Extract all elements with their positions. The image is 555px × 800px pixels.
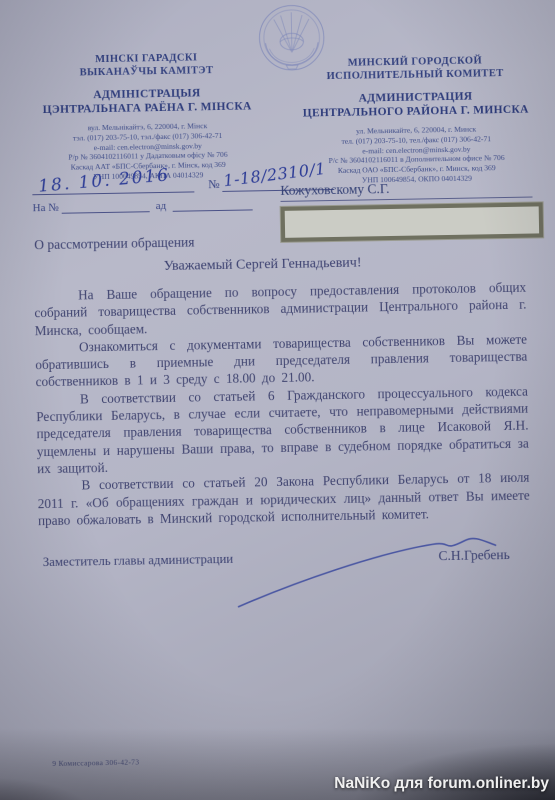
org-name-ru: МИНСКИЙ ГОРОДСКОЙ ИСПОЛНИТЕЛЬНЫЙ КОМИТЕТ: [289, 53, 542, 83]
subject-line: О рассмотрении обращения: [34, 234, 194, 253]
dept-line-2: ЦЕНТРАЛЬНОГО РАЙОНА Г. МИНСКА: [289, 102, 542, 120]
paragraph-4: В соответствии со статьей 20 Закона Респ…: [37, 469, 530, 529]
from-underline: [172, 198, 252, 211]
paragraph-2: Ознакомиться с документами товарищества …: [35, 331, 528, 391]
letter-sheet: МІНСКІ ГАРАДСКІ ВЫКАНАЎЧЫ КАМІТЭТ АДМІНІ…: [0, 0, 555, 800]
handwritten-signature: [227, 534, 508, 619]
from-label: ад: [156, 200, 167, 212]
on-number-label: На №: [33, 202, 59, 214]
addressee-name: Кожуховскому С.Г.: [280, 179, 532, 202]
letter-body: На Ваше обращение по вопросу предоставле…: [34, 279, 530, 530]
org-name-by: МІНСКІ ГАРАДСКІ ВЫКАНАЎЧЫ КАМІТЭТ: [20, 50, 273, 80]
dept-name-by: АДМІНІСТРАЦЫЯ ЦЭНТРАЛЬНАГА РАЁНА Г. МІНС…: [21, 85, 274, 117]
number-sign: №: [208, 177, 220, 192]
addressee-block: Кожуховскому С.Г.: [280, 177, 543, 242]
dept-name-ru: АДМИНИСТРАЦИЯ ЦЕНТРАЛЬНОГО РАЙОНА Г. МИН…: [289, 88, 542, 120]
paragraph-3: В соответствии со статьей 6 Гражданского…: [36, 382, 529, 477]
on-number-underline: [62, 200, 150, 214]
salutation: Уважаемый Сергей Геннадьевич!: [33, 253, 493, 277]
signer-position: Заместитель главы администрации: [43, 552, 234, 570]
incoming-reference-row: На №ад: [33, 198, 253, 214]
dept-line-2: ЦЭНТРАЛЬНАГА РАЁНА Г. МІНСКА: [21, 99, 274, 117]
paragraph-1: На Ваше обращение по вопросу предоставле…: [34, 279, 527, 339]
watermark-text: NaNiKo для forum.onliner.by: [334, 775, 549, 793]
redacted-address-box: [281, 202, 544, 242]
executor-note: 9 Комиссарова 306-42-73: [52, 757, 139, 768]
document-photo: МІНСКІ ГАРАДСКІ ВЫКАНАЎЧЫ КАМІТЭТ АДМІНІ…: [0, 0, 555, 800]
